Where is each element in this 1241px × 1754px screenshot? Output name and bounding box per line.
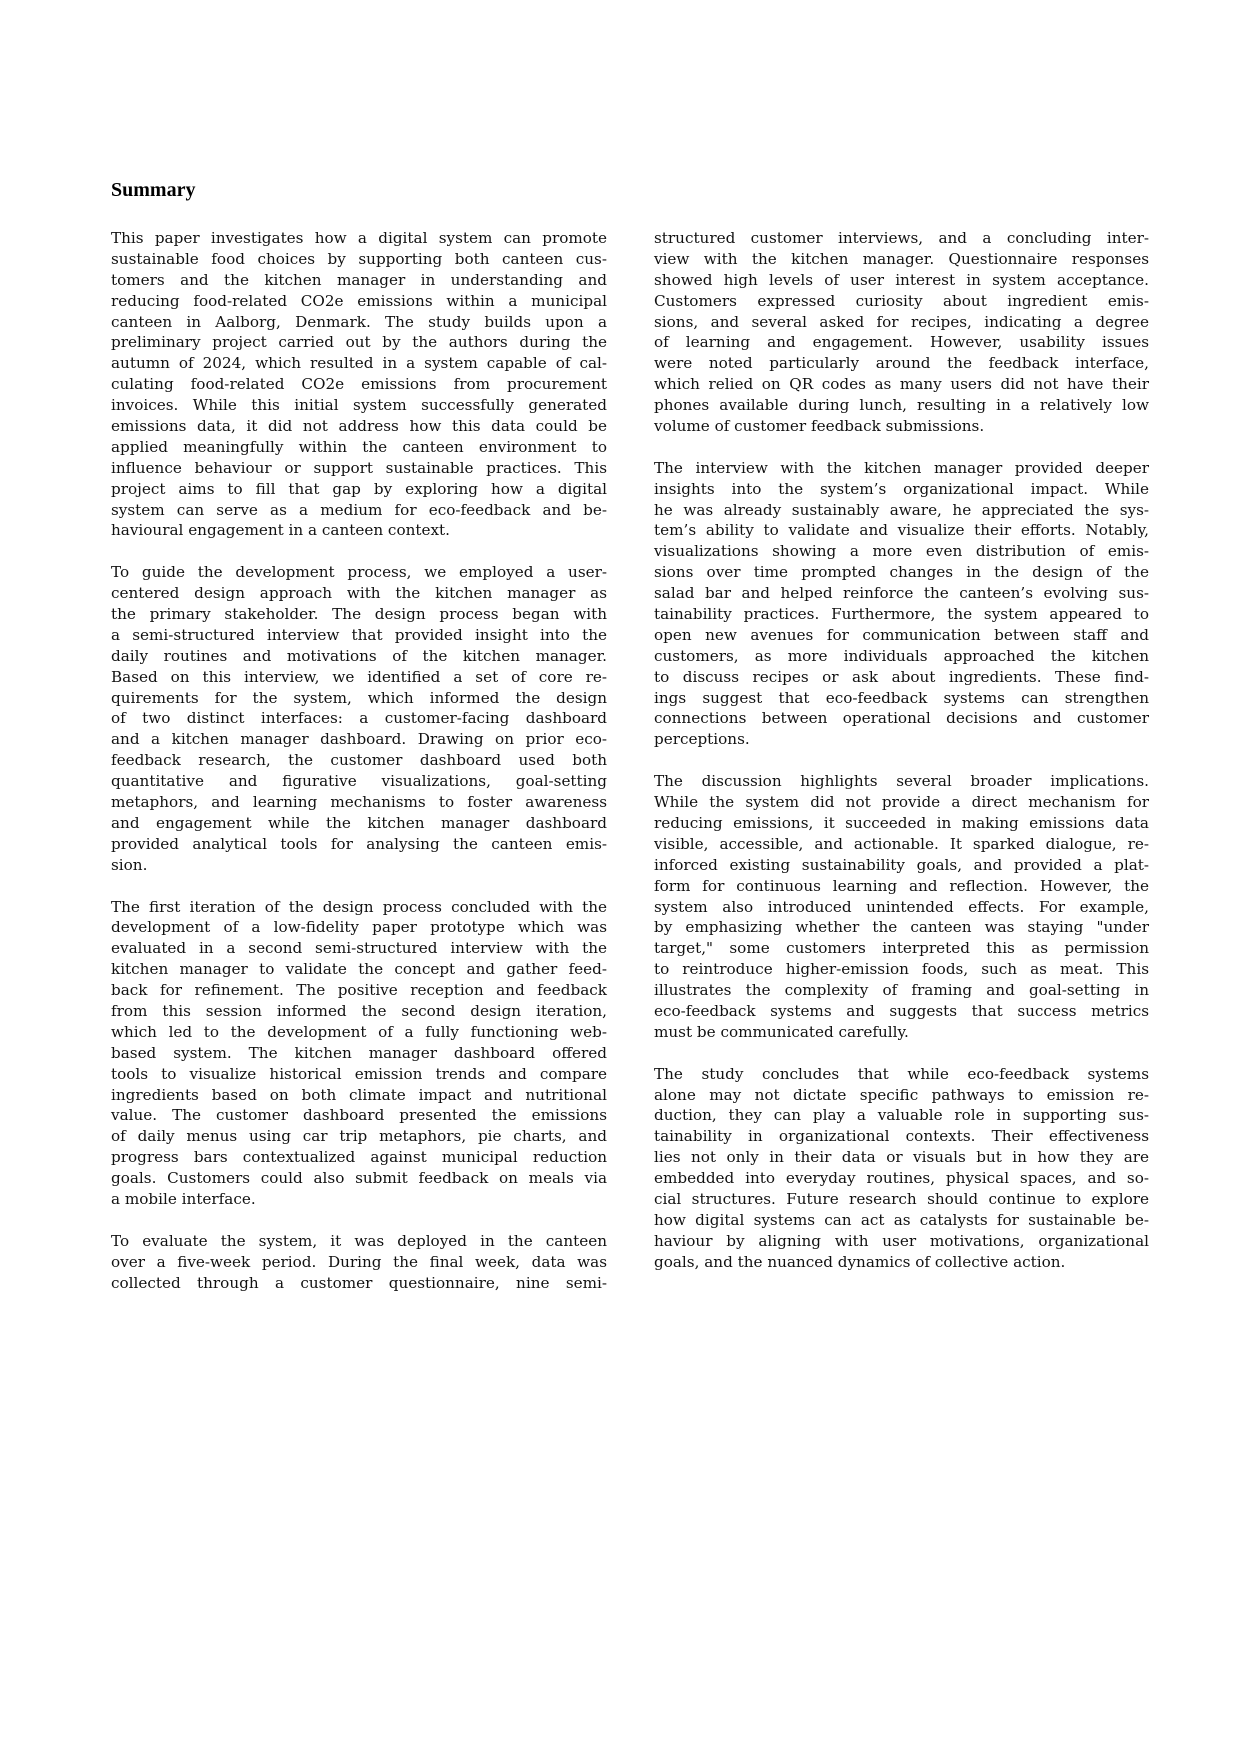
text-line: While the system did not provide a direc… bbox=[654, 792, 1149, 813]
text-line: were noted particularly around the feedb… bbox=[654, 353, 1149, 374]
text-line: which led to the development of a fully … bbox=[111, 1022, 607, 1043]
text-line: of daily menus using car trip metaphors,… bbox=[111, 1126, 607, 1147]
text-line: The study concludes that while eco-feedb… bbox=[654, 1064, 1149, 1085]
text-line: collected through a customer questionnai… bbox=[111, 1273, 607, 1294]
section-title: Summary bbox=[111, 178, 195, 202]
text-line: ingredients based on both climate impact… bbox=[111, 1085, 607, 1106]
text-line: quirements for the system, which informe… bbox=[111, 688, 607, 709]
text-line: emissions data, it did not address how t… bbox=[111, 416, 607, 437]
text-line: phones available during lunch, resulting… bbox=[654, 395, 1149, 416]
text-line: system also introduced unintended effect… bbox=[654, 897, 1149, 918]
paragraph: The first iteration of the design proces… bbox=[111, 897, 607, 1210]
text-line: sions over time prompted changes in the … bbox=[654, 562, 1149, 583]
text-line: To evaluate the system, it was deployed … bbox=[111, 1231, 607, 1252]
text-line: must be communicated carefully. bbox=[654, 1022, 1149, 1043]
text-line: of two distinct interfaces: a customer-f… bbox=[111, 708, 607, 729]
text-line: provided analytical tools for analysing … bbox=[111, 834, 607, 855]
text-line: connections between operational decision… bbox=[654, 708, 1149, 729]
text-line: preliminary project carried out by the a… bbox=[111, 332, 607, 353]
text-line: cial structures. Future research should … bbox=[654, 1189, 1149, 1210]
text-line: autumn of 2024, which resulted in a syst… bbox=[111, 353, 607, 374]
text-line: project aims to fill that gap by explori… bbox=[111, 479, 607, 500]
text-line: he was already sustainably aware, he app… bbox=[654, 500, 1149, 521]
text-line: Customers expressed curiosity about ingr… bbox=[654, 291, 1149, 312]
text-line: canteen in Aalborg, Denmark. The study b… bbox=[111, 312, 607, 333]
text-line: to discuss recipes or ask about ingredie… bbox=[654, 667, 1149, 688]
text-line: back for refinement. The positive recept… bbox=[111, 980, 607, 1001]
text-line: system can serve as a medium for eco-fee… bbox=[111, 500, 607, 521]
text-line: culating food-related CO2e emissions fro… bbox=[111, 374, 607, 395]
paragraph: This paper investigates how a digital sy… bbox=[111, 228, 607, 541]
right-column: structured customer interviews, and a co… bbox=[654, 228, 1149, 1293]
text-line: value. The customer dashboard presented … bbox=[111, 1105, 607, 1126]
text-line: how digital systems can act as catalysts… bbox=[654, 1210, 1149, 1231]
text-line: haviour by aligning with user motivation… bbox=[654, 1231, 1149, 1252]
text-line: havioural engagement in a canteen contex… bbox=[111, 520, 607, 541]
paragraph: To evaluate the system, it was deployed … bbox=[111, 1231, 607, 1294]
text-line: progress bars contextualized against mun… bbox=[111, 1147, 607, 1168]
text-line: influence behaviour or support sustainab… bbox=[111, 458, 607, 479]
text-line: structured customer interviews, and a co… bbox=[654, 228, 1149, 249]
text-line: The first iteration of the design proces… bbox=[111, 897, 607, 918]
text-line: evaluated in a second semi-structured in… bbox=[111, 938, 607, 959]
paragraph: The discussion highlights several broade… bbox=[654, 771, 1149, 1043]
text-line: a semi-structured interview that provide… bbox=[111, 625, 607, 646]
text-line: applied meaningfully within the canteen … bbox=[111, 437, 607, 458]
paragraph: The interview with the kitchen manager p… bbox=[654, 458, 1149, 750]
paragraph: The study concludes that while eco-feedb… bbox=[654, 1064, 1149, 1273]
text-line: invoices. While this initial system succ… bbox=[111, 395, 607, 416]
text-line: Based on this interview, we identified a… bbox=[111, 667, 607, 688]
text-line: the primary stakeholder. The design proc… bbox=[111, 604, 607, 625]
text-line: metaphors, and learning mechanisms to fo… bbox=[111, 792, 607, 813]
text-line: feedback research, the customer dashboar… bbox=[111, 750, 607, 771]
text-line: from this session informed the second de… bbox=[111, 1001, 607, 1022]
text-line: target," some customers interpreted this… bbox=[654, 938, 1149, 959]
text-line: sions, and several asked for recipes, in… bbox=[654, 312, 1149, 333]
text-line: The interview with the kitchen manager p… bbox=[654, 458, 1149, 479]
text-line: daily routines and motivations of the ki… bbox=[111, 646, 607, 667]
text-line: and engagement while the kitchen manager… bbox=[111, 813, 607, 834]
text-line: form for continuous learning and reflect… bbox=[654, 876, 1149, 897]
text-line: insights into the system’s organizationa… bbox=[654, 479, 1149, 500]
text-line: visualizations showing a more even distr… bbox=[654, 541, 1149, 562]
text-line: customers, as more individuals approache… bbox=[654, 646, 1149, 667]
text-line: perceptions. bbox=[654, 729, 1149, 750]
text-line: showed high levels of user interest in s… bbox=[654, 270, 1149, 291]
text-line: tainability practices. Furthermore, the … bbox=[654, 604, 1149, 625]
text-line: goals. Customers could also submit feedb… bbox=[111, 1168, 607, 1189]
text-line: alone may not dictate specific pathways … bbox=[654, 1085, 1149, 1106]
text-line: of learning and engagement. However, usa… bbox=[654, 332, 1149, 353]
text-line: development of a low-fidelity paper prot… bbox=[111, 917, 607, 938]
left-column: This paper investigates how a digital sy… bbox=[111, 228, 607, 1314]
text-line: tainability in organizational contexts. … bbox=[654, 1126, 1149, 1147]
text-line: visible, accessible, and actionable. It … bbox=[654, 834, 1149, 855]
text-line: view with the kitchen manager. Questionn… bbox=[654, 249, 1149, 270]
text-line: lies not only in their data or visuals b… bbox=[654, 1147, 1149, 1168]
text-line: goals, and the nuanced dynamics of colle… bbox=[654, 1252, 1149, 1273]
text-line: based system. The kitchen manager dashbo… bbox=[111, 1043, 607, 1064]
text-line: illustrates the complexity of framing an… bbox=[654, 980, 1149, 1001]
text-line: The discussion highlights several broade… bbox=[654, 771, 1149, 792]
text-line: over a five-week period. During the fina… bbox=[111, 1252, 607, 1273]
text-line: and a kitchen manager dashboard. Drawing… bbox=[111, 729, 607, 750]
text-line: sion. bbox=[111, 855, 607, 876]
text-line: embedded into everyday routines, physica… bbox=[654, 1168, 1149, 1189]
text-line: by emphasizing whether the canteen was s… bbox=[654, 917, 1149, 938]
text-line: centered design approach with the kitche… bbox=[111, 583, 607, 604]
paragraph: To guide the development process, we emp… bbox=[111, 562, 607, 875]
text-line: sustainable food choices by supporting b… bbox=[111, 249, 607, 270]
text-line: inforced existing sustainability goals, … bbox=[654, 855, 1149, 876]
text-line: tomers and the kitchen manager in unders… bbox=[111, 270, 607, 291]
text-line: duction, they can play a valuable role i… bbox=[654, 1105, 1149, 1126]
text-line: to reintroduce higher-emission foods, su… bbox=[654, 959, 1149, 980]
text-line: To guide the development process, we emp… bbox=[111, 562, 607, 583]
text-line: volume of customer feedback submissions. bbox=[654, 416, 1149, 437]
text-line: tools to visualize historical emission t… bbox=[111, 1064, 607, 1085]
text-line: quantitative and figurative visualizatio… bbox=[111, 771, 607, 792]
text-line: tem’s ability to validate and visualize … bbox=[654, 520, 1149, 541]
text-line: open new avenues for communication betwe… bbox=[654, 625, 1149, 646]
text-line: This paper investigates how a digital sy… bbox=[111, 228, 607, 249]
text-line: reducing emissions, it succeeded in maki… bbox=[654, 813, 1149, 834]
text-line: reducing food-related CO2e emissions wit… bbox=[111, 291, 607, 312]
text-line: ings suggest that eco-feedback systems c… bbox=[654, 688, 1149, 709]
text-line: a mobile interface. bbox=[111, 1189, 607, 1210]
text-line: eco-feedback systems and suggests that s… bbox=[654, 1001, 1149, 1022]
text-line: kitchen manager to validate the concept … bbox=[111, 959, 607, 980]
document-page: Summary This paper investigates how a di… bbox=[0, 0, 1241, 1754]
paragraph: structured customer interviews, and a co… bbox=[654, 228, 1149, 437]
text-line: which relied on QR codes as many users d… bbox=[654, 374, 1149, 395]
text-line: salad bar and helped reinforce the cante… bbox=[654, 583, 1149, 604]
